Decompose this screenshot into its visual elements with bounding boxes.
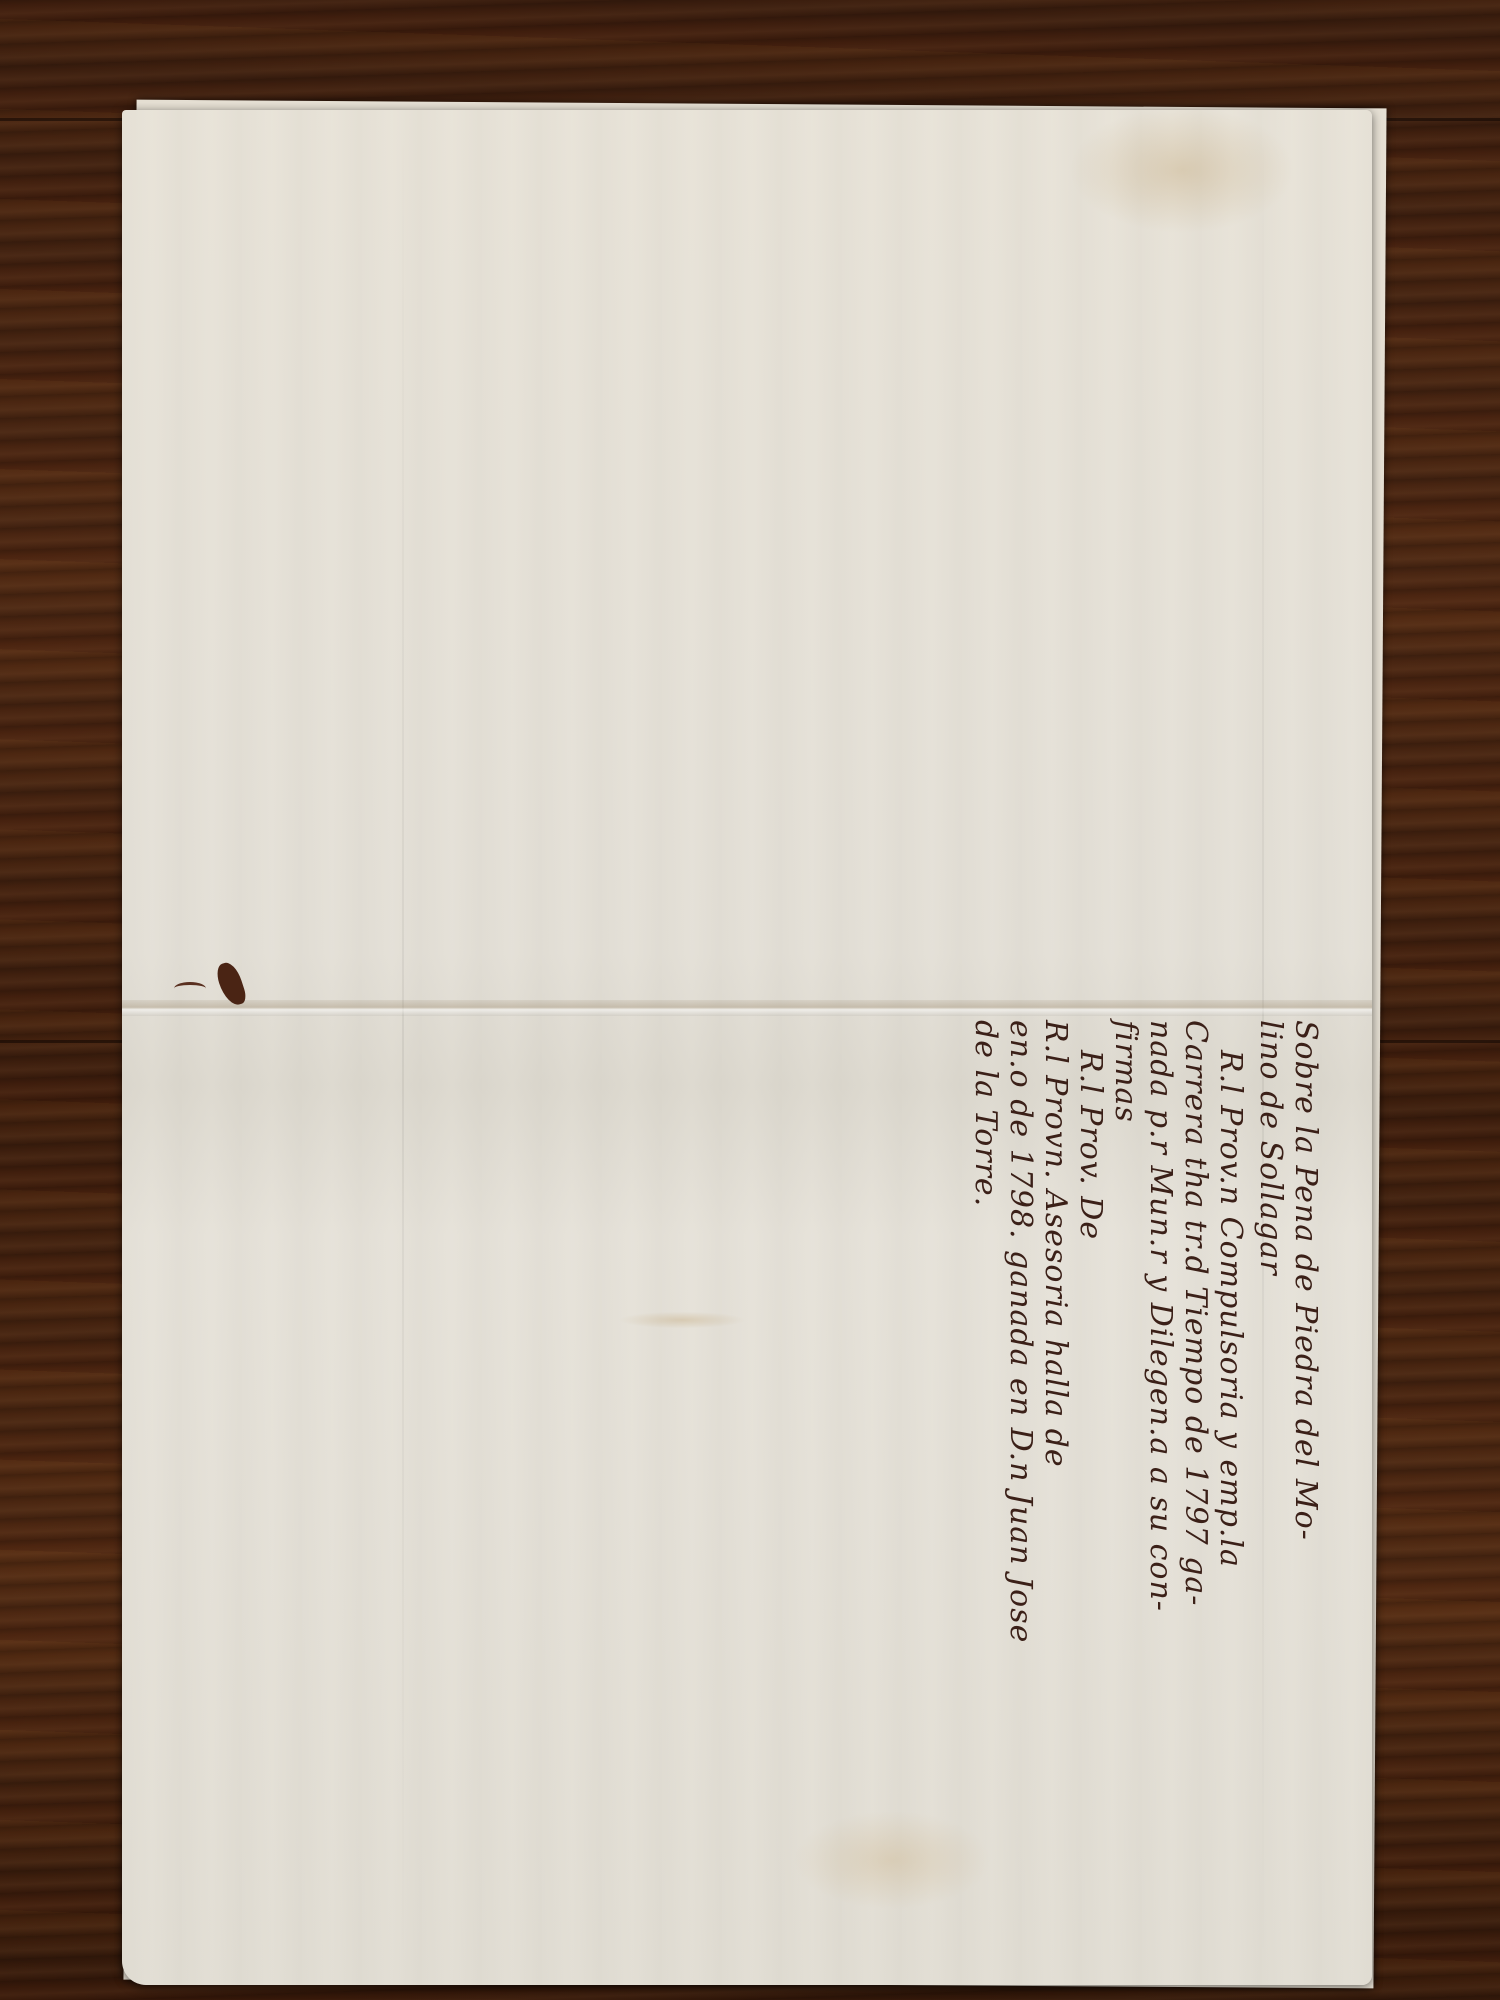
- handwriting-line: R.l Provn. Asesoria halla de: [1040, 1020, 1070, 1468]
- handwriting-line: R.l Prov.n Compulsoria y emp.la: [1215, 1050, 1245, 1568]
- handwriting-line: nada p.r Mun.r y Dilegen.a a su con-: [1145, 1020, 1175, 1612]
- handwriting-line: de la Torre.: [970, 1020, 1000, 1207]
- ink-mark-icon: [174, 982, 206, 995]
- horizontal-fold: [122, 1000, 1372, 1016]
- handwriting-line: en.o de 1798. ganada en D.n Juan Jose: [1005, 1020, 1035, 1643]
- handwriting-line: Sobre la Pena de Piedra del Mo-: [1290, 1020, 1320, 1541]
- handwriting-line: Carrera tha tr.d Tiempo de 1797 ga-: [1180, 1020, 1210, 1606]
- vertical-crease: [402, 110, 404, 1985]
- handwritten-endorsement: Sobre la Pena de Piedra del Mo- lino de …: [1035, 1020, 1335, 1960]
- handwriting-line: R.l Prov. De: [1075, 1050, 1105, 1240]
- handwriting-line: lino de Sollagar: [1255, 1020, 1285, 1276]
- handwriting-line: firmas: [1110, 1020, 1140, 1123]
